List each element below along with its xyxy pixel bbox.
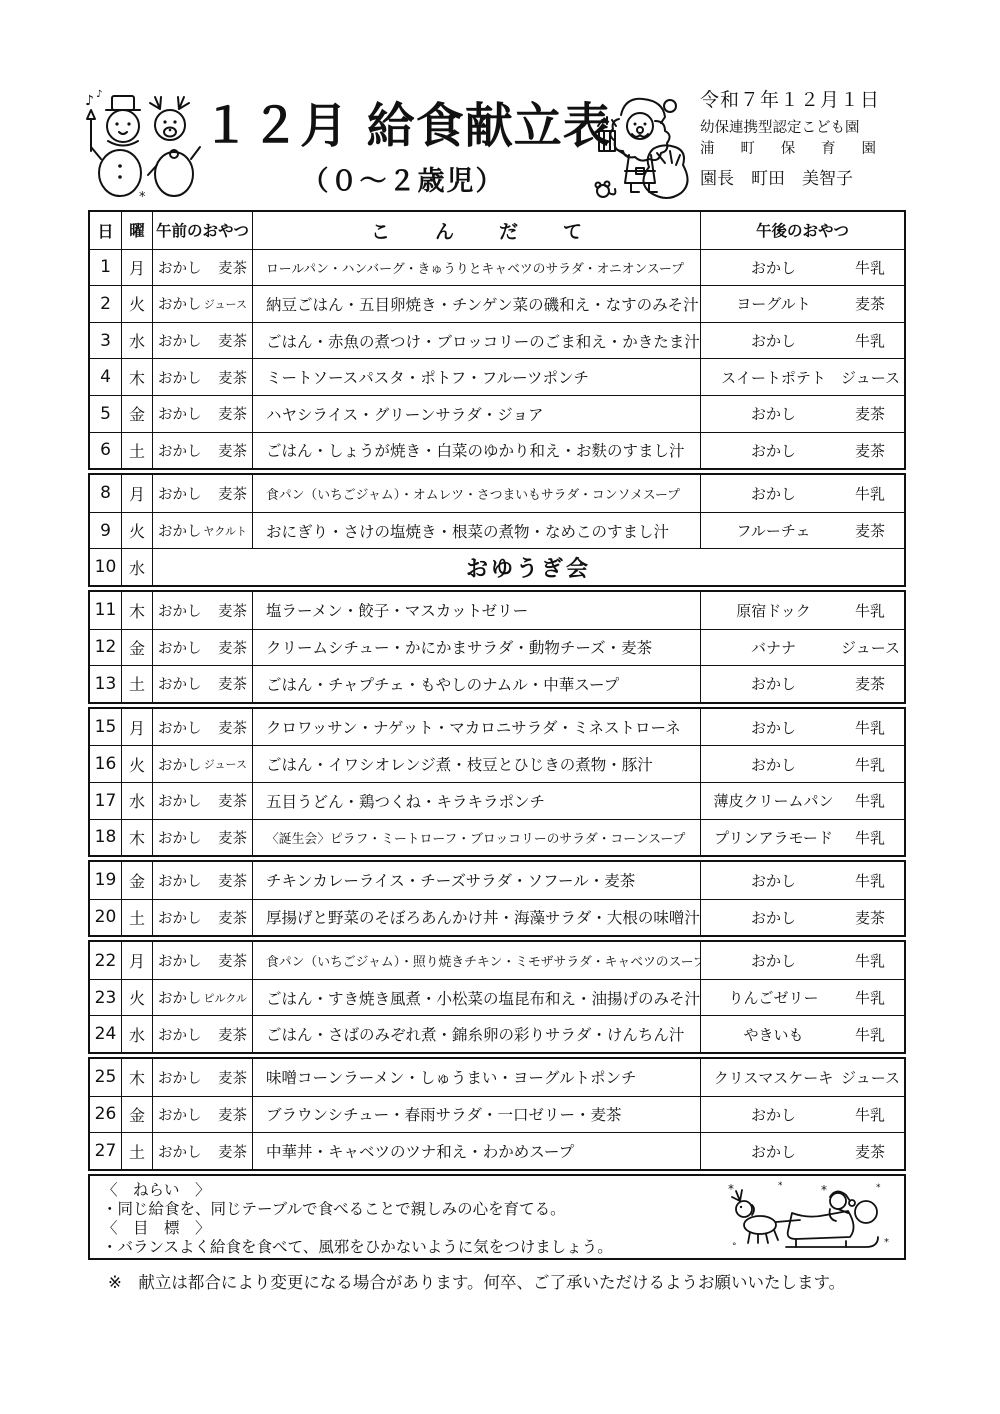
day-cell: 13 — [90, 666, 122, 702]
pm-snack-label: プリンアラモード — [706, 827, 841, 848]
menu-cell: ごはん・しょうが焼き・白菜のゆかり和え・お麩のすまし汁 — [253, 433, 701, 469]
week-block-3: 11木おかし麦茶塩ラーメン・餃子・マスカットゼリー原宿ドック牛乳12金おかし麦茶… — [88, 590, 906, 704]
week-block-1: 日曜午前のおやつこ ん だ て午後のおやつ1月おかし麦茶ロールパン・ハンバーグ・… — [88, 210, 906, 470]
weekday-cell: 火 — [122, 746, 153, 782]
pm-snack-cell: りんごゼリー牛乳 — [701, 980, 904, 1016]
am-snack-label: おかし — [158, 1067, 202, 1088]
menu-row-dec-19: 19金おかし麦茶チキンカレーライス・チーズサラダ・ソフール・麦茶おかし牛乳 — [90, 862, 904, 899]
weekday-cell: 火 — [122, 980, 153, 1016]
day-cell: 10 — [90, 549, 122, 585]
pm-snack-cell: おかし麦茶 — [701, 433, 904, 469]
menu-row-dec-22: 22月おかし麦茶食パン（いちごジャム）・照り焼きチキン・ミモザサラダ・キャベツの… — [90, 942, 904, 979]
pm-drink-label: 牛乳 — [841, 987, 899, 1008]
am-snack-cell: おかし麦茶 — [153, 666, 253, 702]
am-snack-cell: おかし麦茶 — [153, 323, 253, 359]
menu-cell: ブラウンシチュー・春雨サラダ・一口ゼリー・麦茶 — [253, 1097, 701, 1133]
menu-row-dec-27: 27土おかし麦茶中華丼・キャベツのツナ和え・わかめスープおかし麦茶 — [90, 1132, 904, 1169]
pm-snack-label: バナナ — [706, 637, 841, 658]
weekday-cell: 月 — [122, 250, 153, 286]
principal-name: 園長 町田 美智子 — [700, 164, 906, 189]
am-snack-label: おかし — [158, 600, 202, 621]
pm-drink-label: 牛乳 — [841, 827, 899, 848]
day-cell: 2 — [90, 286, 122, 322]
am-snack-label: おかし — [158, 754, 202, 775]
menu-row-dec-13: 13土おかし麦茶ごはん・チャプチェ・もやしのナムル・中華スープおかし麦茶 — [90, 665, 904, 702]
am-drink-label: 麦茶 — [218, 257, 247, 278]
am-drink-label: 麦茶 — [218, 827, 247, 848]
am-snack-label: おかし — [158, 293, 202, 314]
day-cell: 20 — [90, 900, 122, 936]
menu-cell: ハヤシライス・グリーンサラダ・ジョア — [253, 396, 701, 432]
pm-snack-cell: おかし麦茶 — [701, 396, 904, 432]
svg-text:*: * — [139, 190, 146, 203]
pm-snack-cell: おかし麦茶 — [701, 666, 904, 702]
pm-snack-label: おかし — [706, 1141, 841, 1162]
am-snack-cell: おかし麦茶 — [153, 592, 253, 629]
pm-drink-label: 牛乳 — [841, 257, 899, 278]
day-cell: 15 — [90, 709, 122, 746]
menu-cell: 食パン（いちごジャム）・オムレツ・さつまいもサラダ・コンソメスープ — [253, 475, 701, 512]
pm-snack-cell: クリスマスケーキジュース — [701, 1059, 904, 1096]
weekday-cell: 水 — [122, 549, 153, 585]
svg-text:♪: ♪ — [85, 93, 94, 109]
menu-row-dec-15: 15月おかし麦茶クロワッサン・ナゲット・マカロニサラダ・ミネストローネおかし牛乳 — [90, 709, 904, 746]
pm-snack-label: おかし — [706, 673, 841, 694]
weekday-cell: 火 — [122, 286, 153, 322]
pm-snack-label: おかし — [706, 330, 841, 351]
pm-snack-label: おかし — [706, 870, 841, 891]
am-drink-label: 麦茶 — [218, 1024, 247, 1045]
menu-cell: 納豆ごはん・五目卵焼き・チンゲン菜の磯和え・なすのみそ汁 — [253, 286, 701, 322]
col-header-pm-snack: 午後のおやつ — [701, 212, 904, 249]
day-cell: 4 — [90, 359, 122, 395]
page-title: １２月 給食献立表 — [202, 87, 612, 156]
week-block-4: 15月おかし麦茶クロワッサン・ナゲット・マカロニサラダ・ミネストローネおかし牛乳… — [88, 707, 906, 857]
weekday-cell: 土 — [122, 1133, 153, 1169]
pm-drink-label: 牛乳 — [841, 600, 899, 621]
pm-snack-cell: おかし牛乳 — [701, 475, 904, 512]
weekday-cell: 木 — [122, 1059, 153, 1096]
am-drink-label: ジュース — [204, 296, 247, 312]
pm-snack-label: おかし — [706, 717, 841, 738]
col-header-am-snack: 午前のおやつ — [153, 212, 253, 249]
pm-drink-label: 牛乳 — [841, 790, 899, 811]
am-drink-label: 麦茶 — [218, 440, 247, 461]
pm-snack-cell: 原宿ドック牛乳 — [701, 592, 904, 629]
menu-row-dec-24: 24水おかし麦茶ごはん・さばのみぞれ煮・錦糸卵の彩りサラダ・けんちん汁やきいも牛… — [90, 1015, 904, 1052]
pm-snack-cell: おかし牛乳 — [701, 746, 904, 782]
menu-cell: チキンカレーライス・チーズサラダ・ソフール・麦茶 — [253, 862, 701, 899]
menu-cell: ごはん・すき焼き風煮・小松菜の塩昆布和え・油揚げのみそ汁 — [253, 980, 701, 1016]
menu-row-dec-4: 4木おかし麦茶ミートソースパスタ・ポトフ・フルーツポンチスイートポテトジュース — [90, 358, 904, 395]
menu-cell: おにぎり・さけの塩焼き・根菜の煮物・なめこのすまし汁 — [253, 513, 701, 549]
svg-text:*: * — [884, 1237, 889, 1248]
svg-text:*: * — [876, 1183, 881, 1193]
organization-name: 浦 町 保 育 園 — [700, 137, 876, 158]
menu-row-dec-20: 20土おかし麦茶厚揚げと野菜のそぼろあんかけ丼・海藻サラダ・大根の味噌汁おかし麦… — [90, 899, 904, 936]
am-snack-cell: おかし麦茶 — [153, 1059, 253, 1096]
pm-snack-label: フルーチェ — [706, 520, 841, 541]
day-cell: 16 — [90, 746, 122, 782]
am-snack-cell: おかし麦茶 — [153, 1097, 253, 1133]
menu-row-dec-16: 16火おかしジュースごはん・イワシオレンジ煮・枝豆とひじきの煮物・豚汁おかし牛乳 — [90, 745, 904, 782]
week-block-7: 25木おかし麦茶味噌コーンラーメン・しゅうまい・ヨーグルトポンチクリスマスケーキ… — [88, 1057, 906, 1171]
am-snack-label: おかし — [158, 870, 202, 891]
day-cell: 19 — [90, 862, 122, 899]
am-snack-label: おかし — [158, 827, 202, 848]
pm-snack-label: おかし — [706, 440, 841, 461]
am-drink-label: 麦茶 — [218, 403, 247, 424]
pm-snack-cell: バナナジュース — [701, 630, 904, 666]
am-snack-cell: おかしヤクルト — [153, 513, 253, 549]
am-snack-label: おかし — [158, 950, 202, 971]
pm-drink-label: 牛乳 — [841, 717, 899, 738]
day-cell: 18 — [90, 820, 122, 856]
menu-row-dec-5: 5金おかし麦茶ハヤシライス・グリーンサラダ・ジョアおかし麦茶 — [90, 395, 904, 432]
menu-row-dec-6: 6土おかし麦茶ごはん・しょうが焼き・白菜のゆかり和え・お麩のすまし汁おかし麦茶 — [90, 432, 904, 469]
am-drink-label: ピルクル — [204, 990, 247, 1006]
weekday-cell: 水 — [122, 783, 153, 819]
pm-snack-cell: おかし牛乳 — [701, 323, 904, 359]
pm-snack-label: おかし — [706, 403, 841, 424]
am-snack-label: おかし — [158, 987, 202, 1008]
pm-snack-label: スイートポテト — [706, 367, 841, 388]
pm-snack-label: ヨーグルト — [706, 293, 841, 314]
pm-snack-cell: おかし麦茶 — [701, 1133, 904, 1169]
menu-row-dec-8: 8月おかし麦茶食パン（いちごジャム）・オムレツ・さつまいもサラダ・コンソメスープ… — [90, 475, 904, 512]
weekday-cell: 土 — [122, 900, 153, 936]
am-drink-label: 麦茶 — [218, 637, 247, 658]
day-cell: 26 — [90, 1097, 122, 1133]
am-snack-cell: おかし麦茶 — [153, 783, 253, 819]
weekday-cell: 金 — [122, 630, 153, 666]
svg-text:*: * — [778, 1181, 783, 1191]
menu-cell: クリームシチュー・かにかまサラダ・動物チーズ・麦茶 — [253, 630, 701, 666]
am-snack-label: おかし — [158, 907, 202, 928]
svg-text:°: ° — [732, 1242, 737, 1252]
organization-type: 幼保連携型認定こども園 — [700, 116, 906, 137]
am-drink-label: 麦茶 — [218, 870, 247, 891]
col-header-menu: こ ん だ て — [253, 212, 701, 249]
pm-snack-cell: やきいも牛乳 — [701, 1016, 904, 1052]
pm-drink-label: ジュース — [841, 637, 899, 658]
menu-row-dec-1: 1月おかし麦茶ロールパン・ハンバーグ・きゅうりとキャベツのサラダ・オニオンスープ… — [90, 249, 904, 286]
am-snack-cell: おかし麦茶 — [153, 862, 253, 899]
am-snack-label: おかし — [158, 367, 202, 388]
menu-row-dec-11: 11木おかし麦茶塩ラーメン・餃子・マスカットゼリー原宿ドック牛乳 — [90, 592, 904, 629]
pm-snack-label: 原宿ドック — [706, 600, 841, 621]
santa-sleigh-with-reindeer-illustration: * * * * ° * — [726, 1179, 896, 1259]
pm-drink-label: 牛乳 — [841, 330, 899, 351]
day-cell: 9 — [90, 513, 122, 549]
svg-text:♪: ♪ — [96, 89, 102, 100]
menu-table: 日曜午前のおやつこ ん だ て午後のおやつ1月おかし麦茶ロールパン・ハンバーグ・… — [88, 210, 906, 1171]
day-cell: 8 — [90, 475, 122, 512]
pm-snack-cell: おかし牛乳 — [701, 709, 904, 746]
menu-cell: 五目うどん・鶏つくね・キラキラポンチ — [253, 783, 701, 819]
day-cell: 24 — [90, 1016, 122, 1052]
am-snack-label: おかし — [158, 637, 202, 658]
day-cell: 11 — [90, 592, 122, 629]
pm-drink-label: 牛乳 — [841, 1024, 899, 1045]
menu-row-dec-23: 23火おかしピルクルごはん・すき焼き風煮・小松菜の塩昆布和え・油揚げのみそ汁りん… — [90, 979, 904, 1016]
am-drink-label: 麦茶 — [218, 483, 247, 504]
am-snack-label: おかし — [158, 1024, 202, 1045]
snowman-and-reindeer-illustration: ♪ ♪ — [84, 87, 202, 207]
masthead: ♪ ♪ — [88, 85, 906, 210]
pm-snack-label: おかし — [706, 483, 841, 504]
menu-cell: 中華丼・キャベツのツナ和え・わかめスープ — [253, 1133, 701, 1169]
pm-drink-label: 牛乳 — [841, 483, 899, 504]
pm-snack-label: 薄皮クリームパン — [706, 790, 841, 811]
am-drink-label: 麦茶 — [218, 673, 247, 694]
page-subtitle: （０～２歳児） — [243, 159, 563, 198]
weekday-cell: 金 — [122, 396, 153, 432]
pm-snack-label: りんごゼリー — [706, 987, 841, 1008]
pm-snack-cell: スイートポテトジュース — [701, 359, 904, 395]
pm-snack-cell: おかし麦茶 — [701, 900, 904, 936]
menu-row-dec-18: 18木おかし麦茶〈誕生会〉ピラフ・ミートローフ・ブロッコリーのサラダ・コーンスー… — [90, 819, 904, 856]
am-drink-label: 麦茶 — [218, 950, 247, 971]
am-drink-label: ヤクルト — [203, 523, 247, 539]
am-snack-label: おかし — [158, 1104, 202, 1125]
day-cell: 27 — [90, 1133, 122, 1169]
weekday-cell: 月 — [122, 942, 153, 979]
pm-snack-label: おかし — [706, 950, 841, 971]
am-snack-cell: おかし麦茶 — [153, 475, 253, 512]
pm-drink-label: 麦茶 — [841, 293, 899, 314]
weekday-cell: 火 — [122, 513, 153, 549]
am-snack-cell: おかし麦茶 — [153, 630, 253, 666]
pm-drink-label: ジュース — [841, 1067, 899, 1088]
am-snack-label: おかし — [158, 330, 202, 351]
am-drink-label: ジュース — [204, 756, 247, 772]
am-snack-cell: おかし麦茶 — [153, 709, 253, 746]
weekday-cell: 月 — [122, 475, 153, 512]
am-snack-cell: おかし麦茶 — [153, 820, 253, 856]
pm-snack-cell: フルーチェ麦茶 — [701, 513, 904, 549]
menu-row-dec-25: 25木おかし麦茶味噌コーンラーメン・しゅうまい・ヨーグルトポンチクリスマスケーキ… — [90, 1059, 904, 1096]
am-snack-cell: おかしジュース — [153, 746, 253, 782]
week-block-2: 8月おかし麦茶食パン（いちごジャム）・オムレツ・さつまいもサラダ・コンソメスープ… — [88, 473, 906, 587]
pm-drink-label: 牛乳 — [841, 754, 899, 775]
menu-cell: 味噌コーンラーメン・しゅうまい・ヨーグルトポンチ — [253, 1059, 701, 1096]
am-drink-label: 麦茶 — [218, 600, 247, 621]
weekday-cell: 金 — [122, 862, 153, 899]
pm-drink-label: 牛乳 — [841, 1104, 899, 1125]
am-drink-label: 麦茶 — [218, 1067, 247, 1088]
pm-snack-label: おかし — [706, 257, 841, 278]
menu-row-dec-12: 12金おかし麦茶クリームシチュー・かにかまサラダ・動物チーズ・麦茶バナナジュース — [90, 629, 904, 666]
menu-row-dec-10: 10水おゆうぎ会 — [90, 548, 904, 585]
menu-cell: ロールパン・ハンバーグ・きゅうりとキャベツのサラダ・オニオンスープ — [253, 250, 701, 286]
am-drink-label: 麦茶 — [218, 907, 247, 928]
svg-text:*: * — [821, 1183, 827, 1197]
menu-cell: 厚揚げと野菜のそぼろあんかけ丼・海藻サラダ・大根の味噌汁 — [253, 900, 701, 936]
am-snack-cell: おかし麦茶 — [153, 250, 253, 286]
menu-cell: ごはん・赤魚の煮つけ・ブロッコリーのごま和え・かきたま汁 — [253, 323, 701, 359]
table-header-row: 日曜午前のおやつこ ん だ て午後のおやつ — [90, 212, 904, 249]
santa-with-gift-bag-illustration — [591, 89, 691, 207]
am-snack-label: おかし — [158, 717, 202, 738]
weekday-cell: 木 — [122, 359, 153, 395]
pm-drink-label: ジュース — [841, 367, 899, 388]
pm-drink-label: 麦茶 — [841, 1141, 899, 1162]
am-snack-cell: おかし麦茶 — [153, 900, 253, 936]
weekday-cell: 木 — [122, 820, 153, 856]
pm-drink-label: 麦茶 — [841, 673, 899, 694]
pm-snack-label: やきいも — [706, 1024, 841, 1045]
am-drink-label: 麦茶 — [218, 790, 247, 811]
am-snack-cell: おかしピルクル — [153, 980, 253, 1016]
menu-row-dec-17: 17水おかし麦茶五目うどん・鶏つくね・キラキラポンチ薄皮クリームパン牛乳 — [90, 782, 904, 819]
weekday-cell: 金 — [122, 1097, 153, 1133]
pm-snack-cell: プリンアラモード牛乳 — [701, 820, 904, 856]
pm-drink-label: 麦茶 — [841, 403, 899, 424]
am-snack-label: おかし — [158, 790, 202, 811]
am-snack-label: おかし — [158, 403, 202, 424]
am-snack-label: おかし — [158, 1141, 202, 1162]
col-header-weekday: 曜 — [122, 212, 153, 249]
am-snack-cell: おかし麦茶 — [153, 359, 253, 395]
day-cell: 12 — [90, 630, 122, 666]
am-snack-cell: おかし麦茶 — [153, 942, 253, 979]
pm-snack-cell: ヨーグルト麦茶 — [701, 286, 904, 322]
weekday-cell: 水 — [122, 323, 153, 359]
am-drink-label: 麦茶 — [218, 367, 247, 388]
col-header-day: 日 — [90, 212, 122, 249]
pm-snack-cell: おかし牛乳 — [701, 250, 904, 286]
pm-drink-label: 牛乳 — [841, 950, 899, 971]
disclaimer-note: ※ 献立は都合により変更になる場合があります。何卒、ご了承いただけるようお願いい… — [88, 1269, 906, 1293]
menu-row-dec-3: 3水おかし麦茶ごはん・赤魚の煮つけ・ブロッコリーのごま和え・かきたま汁おかし牛乳 — [90, 322, 904, 359]
pm-snack-label: クリスマスケーキ — [706, 1067, 841, 1088]
pm-drink-label: 麦茶 — [841, 440, 899, 461]
day-cell: 3 — [90, 323, 122, 359]
pm-snack-cell: おかし牛乳 — [701, 862, 904, 899]
menu-cell: 食パン（いちごジャム）・照り焼きチキン・ミモザサラダ・キャベツのスープ — [253, 942, 701, 979]
am-snack-cell: おかし麦茶 — [153, 396, 253, 432]
day-cell: 1 — [90, 250, 122, 286]
week-block-6: 22月おかし麦茶食パン（いちごジャム）・照り焼きチキン・ミモザサラダ・キャベツの… — [88, 940, 906, 1054]
menu-cell: ごはん・チャプチェ・もやしのナムル・中華スープ — [253, 666, 701, 702]
menu-row-dec-2: 2火おかしジュース納豆ごはん・五目卵焼き・チンゲン菜の磯和え・なすのみそ汁ヨーグ… — [90, 285, 904, 322]
menu-row-dec-26: 26金おかし麦茶ブラウンシチュー・春雨サラダ・一口ゼリー・麦茶おかし牛乳 — [90, 1096, 904, 1133]
am-snack-cell: おかし麦茶 — [153, 1133, 253, 1169]
weekday-cell: 木 — [122, 592, 153, 629]
day-cell: 6 — [90, 433, 122, 469]
day-cell: 22 — [90, 942, 122, 979]
am-drink-label: 麦茶 — [218, 1141, 247, 1162]
menu-cell: ミートソースパスタ・ポトフ・フルーツポンチ — [253, 359, 701, 395]
issue-date: 令和７年１２月１日 — [700, 85, 906, 112]
issuer-info: 令和７年１２月１日 幼保連携型認定こども園 浦 町 保 育 園 園長 町田 美智… — [700, 85, 906, 189]
am-drink-label: 麦茶 — [218, 330, 247, 351]
am-snack-label: おかし — [158, 673, 202, 694]
week-block-5: 19金おかし麦茶チキンカレーライス・チーズサラダ・ソフール・麦茶おかし牛乳20土… — [88, 860, 906, 937]
pm-snack-label: おかし — [706, 1104, 841, 1125]
pm-snack-label: おかし — [706, 907, 841, 928]
menu-cell: 〈誕生会〉ピラフ・ミートローフ・ブロッコリーのサラダ・コーンスープ — [253, 820, 701, 856]
day-cell: 5 — [90, 396, 122, 432]
page-content: ♪ ♪ — [88, 85, 906, 1293]
am-snack-cell: おかし麦茶 — [153, 1016, 253, 1052]
am-snack-cell: おかし麦茶 — [153, 433, 253, 469]
am-snack-label: おかし — [158, 440, 202, 461]
pm-drink-label: 牛乳 — [841, 870, 899, 891]
menu-row-dec-9: 9火おかしヤクルトおにぎり・さけの塩焼き・根菜の煮物・なめこのすまし汁フルーチェ… — [90, 512, 904, 549]
goals-box: 〈 ねらい 〉 ・同じ給食を、同じテーブルで食べることで親しみの心を育てる。 〈… — [88, 1174, 906, 1260]
svg-text:*: * — [728, 1182, 734, 1196]
weekday-cell: 土 — [122, 666, 153, 702]
weekday-cell: 水 — [122, 1016, 153, 1052]
lunch-menu-page: ♪ ♪ — [0, 0, 1000, 1414]
day-cell: 23 — [90, 980, 122, 1016]
pm-drink-label: 麦茶 — [841, 520, 899, 541]
menu-cell: 塩ラーメン・餃子・マスカットゼリー — [253, 592, 701, 629]
special-event-cell: おゆうぎ会 — [153, 549, 904, 585]
pm-snack-cell: おかし牛乳 — [701, 942, 904, 979]
am-snack-label: おかし — [158, 257, 202, 278]
weekday-cell: 土 — [122, 433, 153, 469]
pm-drink-label: 麦茶 — [841, 907, 899, 928]
day-cell: 17 — [90, 783, 122, 819]
am-drink-label: 麦茶 — [218, 1104, 247, 1125]
pm-snack-cell: おかし牛乳 — [701, 1097, 904, 1133]
weekday-cell: 月 — [122, 709, 153, 746]
pm-snack-cell: 薄皮クリームパン牛乳 — [701, 783, 904, 819]
am-snack-label: おかし — [158, 520, 202, 541]
am-snack-cell: おかしジュース — [153, 286, 253, 322]
menu-cell: ごはん・イワシオレンジ煮・枝豆とひじきの煮物・豚汁 — [253, 746, 701, 782]
am-drink-label: 麦茶 — [218, 717, 247, 738]
pm-snack-label: おかし — [706, 754, 841, 775]
day-cell: 25 — [90, 1059, 122, 1096]
am-snack-label: おかし — [158, 483, 202, 504]
menu-cell: クロワッサン・ナゲット・マカロニサラダ・ミネストローネ — [253, 709, 701, 746]
menu-cell: ごはん・さばのみぞれ煮・錦糸卵の彩りサラダ・けんちん汁 — [253, 1016, 701, 1052]
